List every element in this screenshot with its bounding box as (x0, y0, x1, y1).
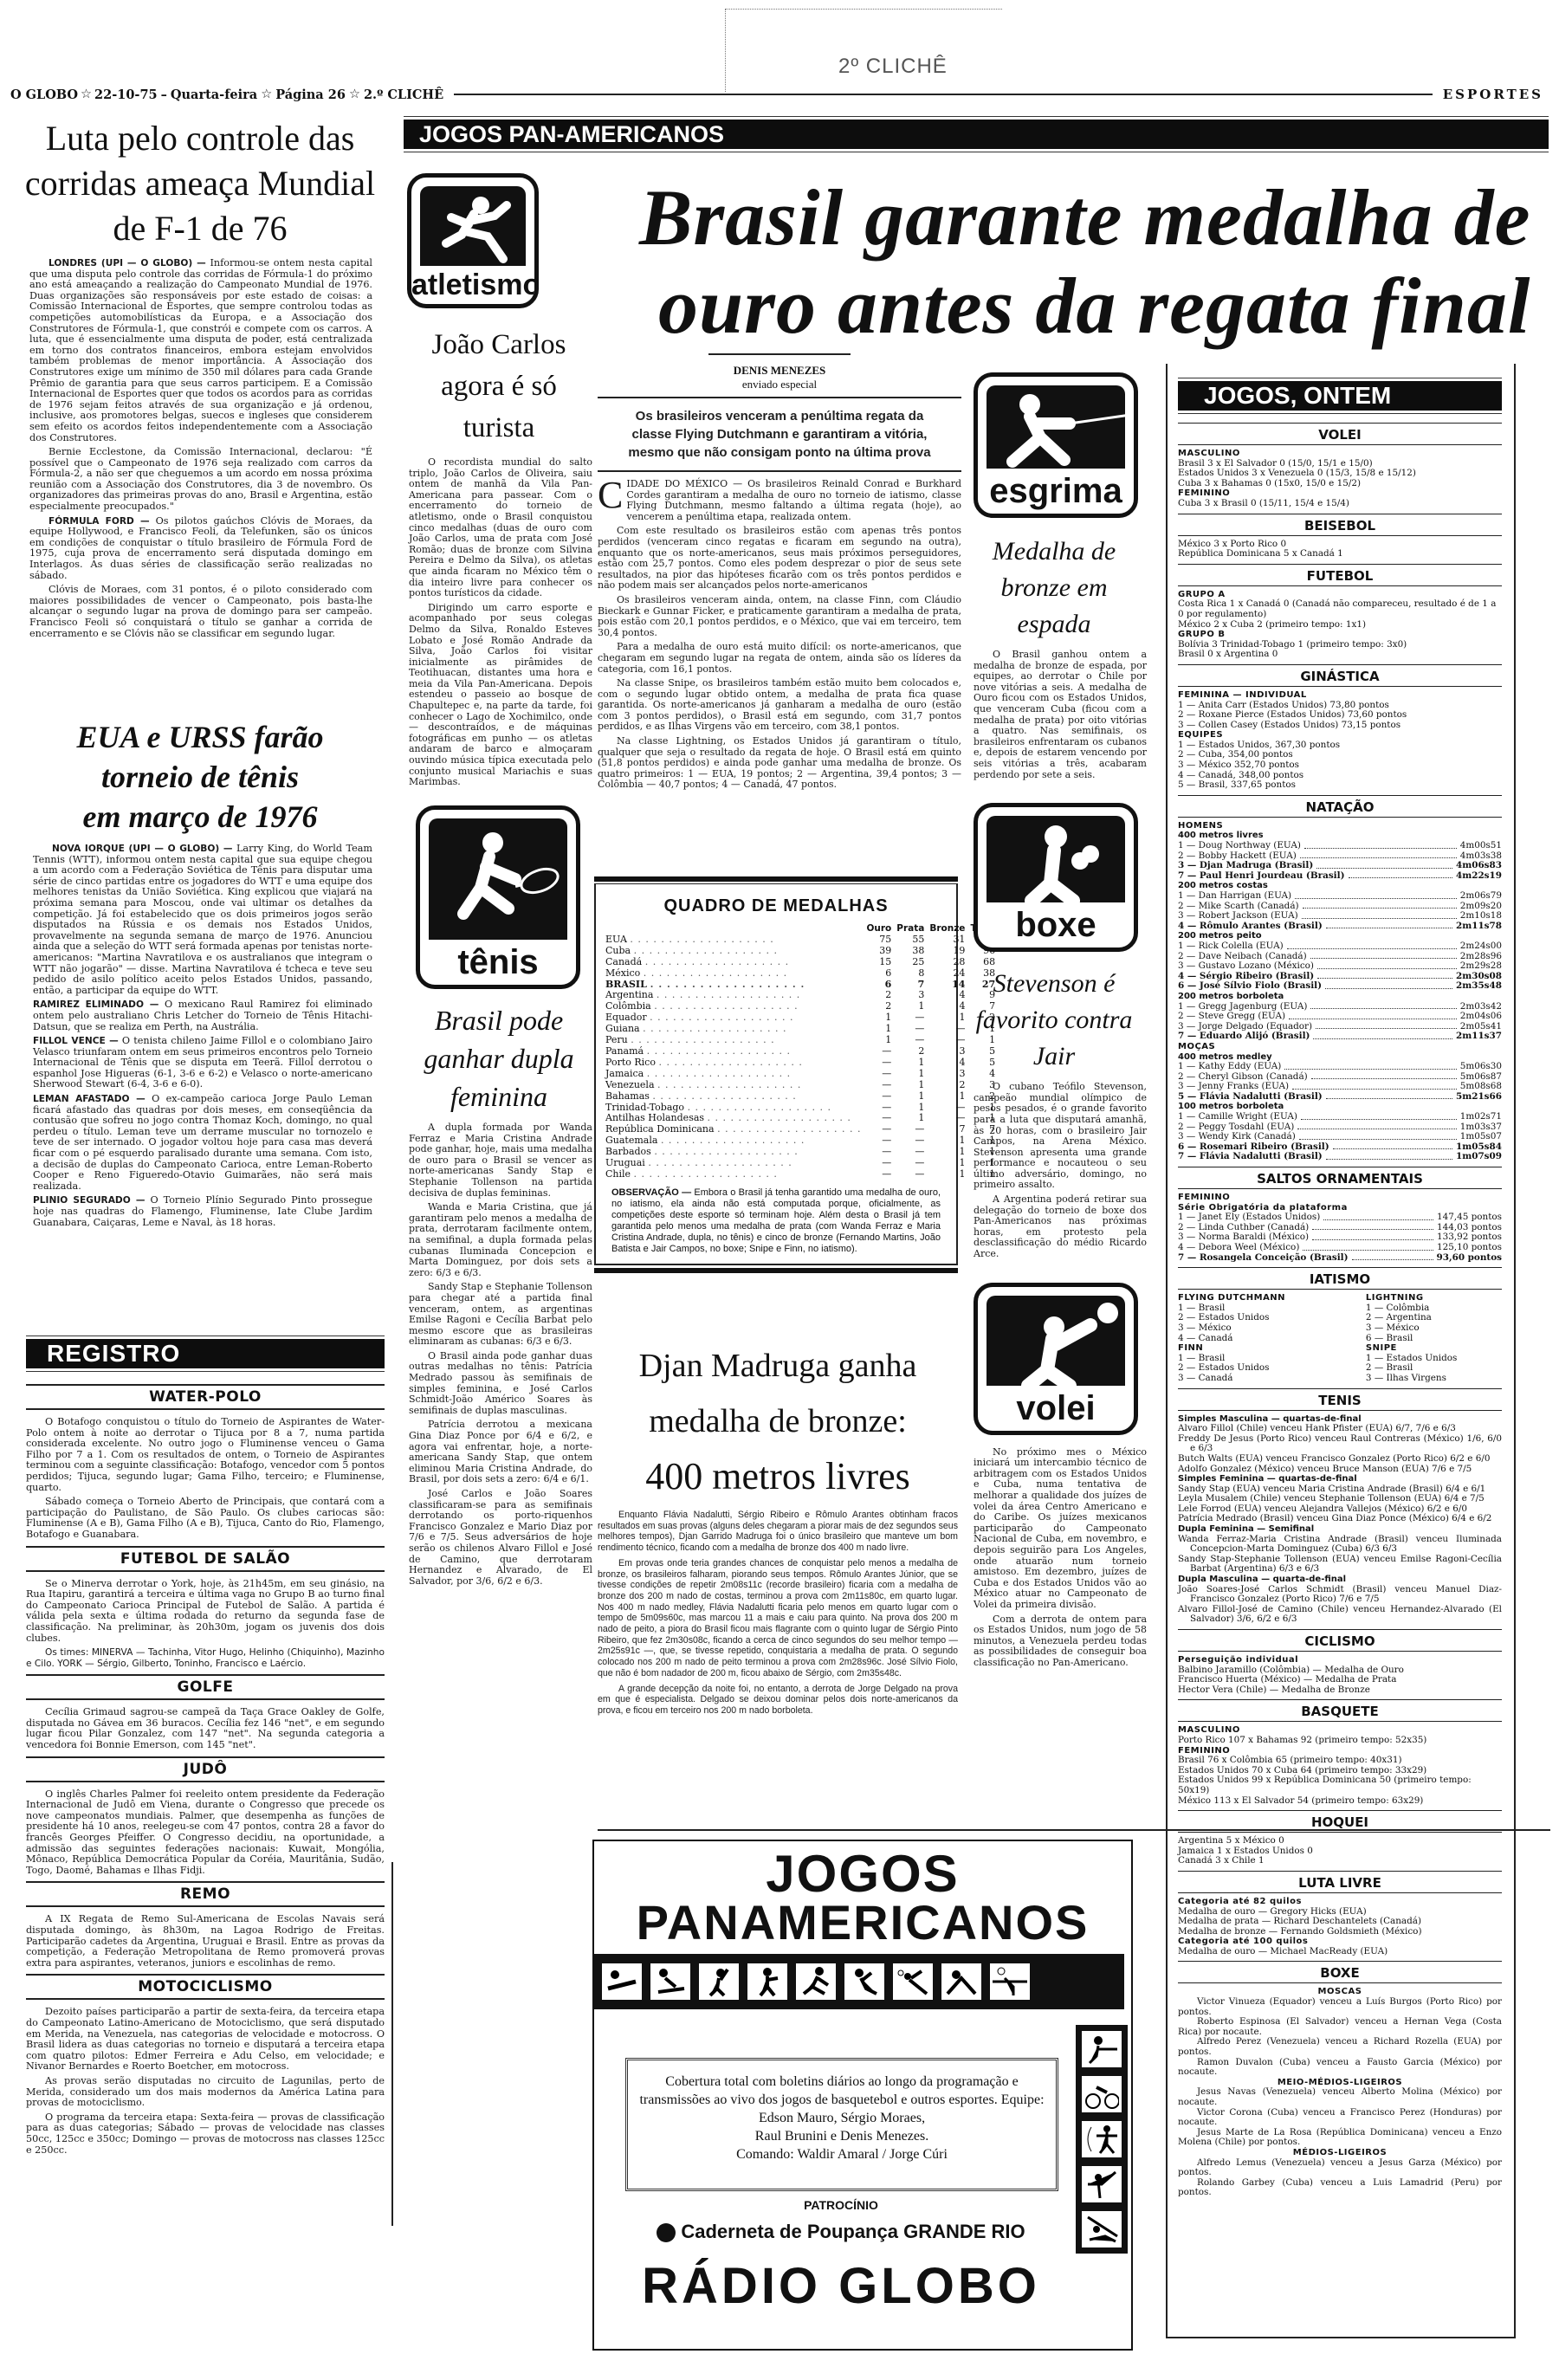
ad-coverage-box: Cobertura total com boletins diários ao … (625, 2058, 1058, 2191)
radio-globo-ad: JOGOS PANAMERICANOS Cobertura total com … (592, 1840, 1133, 2351)
volei-label: volei (978, 1386, 1134, 1431)
deck: Os brasileiros venceram a penúltima rega… (598, 398, 961, 470)
section-remo: REMO (26, 1881, 385, 1907)
medal-row: Chile . . . . . . . . . . . . . . . . . … (603, 1169, 998, 1180)
boxe-headline: Stevenson é favorito contra Jair (958, 952, 1150, 1082)
medal-row: BRASIL . . . . . . . . . . . . . . . . .… (603, 980, 998, 991)
results-beisebol: BEISEBOL (1178, 514, 1502, 536)
saltos-results: FEMININO Série Obrigatória da plataforma… (1178, 1193, 1502, 1263)
medal-row: Uruguai . . . . . . . . . . . . . . . . … (603, 1158, 998, 1169)
side-column: esgrima Medalha de bronze em espada O Br… (958, 372, 1150, 1672)
ad-body-3: Comando: Waldir Amaral / Jorge Cúri (637, 2145, 1047, 2163)
swim-result-row: 1 — Doug Northway (EUA)4m00s51 (1178, 841, 1502, 851)
banner-label: JOGOS PAN-AMERICANOS (404, 120, 1549, 149)
byline-role: enviado especial (598, 378, 961, 391)
ad-sponsor-name: Caderneta de Poupança GRANDE RIO (594, 2221, 1088, 2243)
natacao-results: HOMENS400 metros livres1 — Doug Northway… (1178, 821, 1502, 1162)
pictogram-row (594, 1954, 1124, 2009)
boxing-icon (745, 1961, 790, 2002)
medal-row: Guiana . . . . . . . . . . . . . . . . .… (603, 1024, 998, 1035)
section-judo: JUDÔ (26, 1756, 385, 1782)
results-luta: LUTA LIVRE (1178, 1871, 1502, 1893)
f1-story: Luta pelo controle das corridas ameaça M… (10, 111, 390, 643)
section-motociclismo: MOTOCICLISMO (26, 1974, 385, 2000)
star-icon: ☆ (81, 87, 92, 101)
medal-row: Colômbia . . . . . . . . . . . . . . . .… (603, 1001, 998, 1012)
pan-american-banner: JOGOS PAN-AMERICANOS (404, 116, 1549, 152)
swim-result-row: 4 — Rômulo Arantes (Brasil)2m11s78 (1178, 922, 1502, 932)
tenis-results: Simples Masculina — quartas-de-finalAlva… (1178, 1414, 1502, 1625)
swim-result-row: 7 — Eduardo Alijó (Brasil)2m11s37 (1178, 1032, 1502, 1042)
results-futebol: FUTEBOL (1178, 564, 1502, 586)
section-futebol-salao: FUTEBOL DE SALÃO (26, 1546, 385, 1572)
medal-table-title: QUADRO DE MEDALHAS (603, 896, 949, 916)
medal-row: Argentina . . . . . . . . . . . . . . . … (603, 990, 998, 1001)
medal-row: Bahamas . . . . . . . . . . . . . . . . … (603, 1091, 998, 1103)
medal-row: Cuba . . . . . . . . . . . . . . . . . .… (603, 946, 998, 957)
swim-result-row: 7 — Paul Henri Jourdeau (Brasil)4m22s19 (1178, 871, 1502, 882)
medal-row: Antilhas Holandesas . . . . . . . . . . … (603, 1113, 998, 1124)
main-headline-1: Brasil garante medalha de (615, 173, 1550, 262)
basketball-icon (696, 1961, 741, 2002)
fencing-icon (1079, 2028, 1124, 2070)
swim-result-row: 3 — Gustavo Lozano (México)2m29s28 (1178, 961, 1502, 972)
archery-icon (1079, 2118, 1124, 2160)
swim-result-row: 1 — Dan Harrigan (EUA)2m06s79 (1178, 891, 1502, 902)
results-volei: VOLEI (1178, 423, 1502, 445)
athletics-icon (793, 1961, 838, 2002)
natacao-headline-2: medalha de bronze: (598, 1394, 958, 1449)
section-golfe: GOLFE (26, 1674, 385, 1700)
weekday: Quarta-feira (171, 87, 257, 102)
atletismo-logo: atletismo (407, 173, 539, 308)
byline-name: DENIS MENEZES (598, 364, 961, 378)
masthead: O GLOBO ☆ 22-10-75 – Quarta-feira ☆ Pági… (10, 83, 1543, 106)
results-hoquei: HOQUEI (1178, 1810, 1502, 1833)
handball-icon (842, 1961, 887, 2002)
rowing-icon (648, 1961, 693, 2002)
ad-body-2: Raul Brunini e Denis Menezes. (637, 2127, 1047, 2145)
tenis-label: tênis (420, 940, 576, 985)
ad-station: RÁDIO GLOBO (594, 2257, 1088, 2315)
medal-row: Barbados . . . . . . . . . . . . . . . .… (603, 1147, 998, 1158)
medal-row: Porto Rico . . . . . . . . . . . . . . .… (603, 1057, 998, 1069)
natacao-headline-3: 400 metros livres (598, 1449, 958, 1504)
results-title: JOGOS, ONTEM (1178, 381, 1502, 411)
tennis-story: EUA e URSS farão torneio de tênis em mar… (10, 715, 390, 1232)
esgrima-logo: esgrima (974, 372, 1138, 518)
issue-date: 22-10-75 (94, 87, 158, 102)
clichê-stamp: 2º CLICHÊ (725, 9, 1002, 92)
tennis-body: NOVA IORQUE (UPI — O GLOBO) — Larry King… (10, 844, 390, 1228)
tenis-column: tênis Brasil pode ganhar dupla feminina … (400, 805, 598, 1590)
ad-title-1: JOGOS (594, 1850, 1131, 1898)
boxe-results: MOSCASVictor Vinueza (Equador) venceu a … (1178, 1987, 1502, 2197)
medal-row: Guatemala . . . . . . . . . . . . . . . … (603, 1135, 998, 1147)
results-iatismo: IATISMO (1178, 1267, 1502, 1290)
results-tenis: TENIS (1178, 1388, 1502, 1411)
main-headline-2: ouro antes da regata final (615, 262, 1550, 350)
volleyball-player-icon (987, 1296, 1132, 1386)
star-icon: ☆ (261, 87, 272, 101)
medal-row: Canadá . . . . . . . . . . . . . . . . .… (603, 957, 998, 968)
medal-row: Peru . . . . . . . . . . . . . . . . . .… (603, 1035, 998, 1046)
main-headline: Brasil garante medalha de ouro antes da … (615, 173, 1550, 350)
cycling-icon (1079, 2073, 1124, 2115)
registro-bar: REGISTRO (26, 1339, 385, 1368)
page-number: Página 26 (275, 87, 346, 102)
diving-result-row: 7 — Rosangela Conceição (Brasil)93,60 po… (1178, 1253, 1502, 1264)
medal-note: OBSERVAÇÃO — Embora o Brasil já tenha ga… (603, 1187, 949, 1255)
swim-result-row: 1 — Camille Wright (EUA)1m02s71 (1178, 1112, 1502, 1122)
dropcap: C (598, 479, 626, 512)
medal-row: República Dominicana . . . . . . . . . .… (603, 1124, 998, 1135)
runner-icon (420, 186, 534, 266)
pictogram-column (1076, 2025, 1128, 2254)
medal-row: Venezuela . . . . . . . . . . . . . . . … (603, 1080, 998, 1091)
paper-name: O GLOBO (10, 87, 78, 102)
medal-row: Trinidad-Tobago . . . . . . . . . . . . … (603, 1103, 998, 1114)
fencer-icon (987, 385, 1132, 469)
stamp-text: 2º CLICHÊ (838, 55, 948, 79)
medal-row: Jamaica . . . . . . . . . . . . . . . . … (603, 1069, 998, 1080)
natacao-headline-1: Djan Madruga ganha (598, 1338, 958, 1394)
boxe-label: boxe (978, 902, 1134, 947)
results-ginastica: GINÁSTICA (1178, 664, 1502, 687)
natacao-story: Djan Madruga ganha medalha de bronze: 40… (598, 1338, 958, 1717)
medal-row: Panamá . . . . . . . . . . . . . . . . .… (603, 1046, 998, 1057)
swim-result-row: 1 — Kathy Eddy (EUA)5m06s30 (1178, 1062, 1502, 1072)
f1-headline: Luta pelo controle das corridas ameaça M… (10, 111, 390, 258)
results-natacao: NATAÇÃO (1178, 795, 1502, 818)
water-polo-icon (987, 1961, 1032, 2002)
swim-result-row: 1 — Rick Colella (EUA)2m24s00 (1178, 941, 1502, 952)
boxe-logo: boxe (974, 803, 1138, 952)
ad-title-2: PANAMERICANOS (594, 1898, 1131, 1947)
tenis-logo: tênis (416, 805, 580, 989)
judo-icon (939, 1961, 984, 2002)
tennis-headline-1: EUA e URSS farão (10, 717, 390, 757)
volei-logo: volei (974, 1283, 1138, 1435)
results-boxe: BOXE (1178, 1961, 1502, 1983)
f1-body: LONDRES (UPI — O GLOBO) — Informou-se on… (10, 258, 390, 639)
registro: REGISTRO WATER-POLO O Botafogo conquisto… (26, 1336, 385, 2159)
tennis-player-icon (429, 818, 574, 940)
medal-row: EUA . . . . . . . . . . . . . . . . . . … (603, 935, 998, 946)
tennis-headline-2: torneio de tênis (10, 757, 390, 797)
boxer-icon (987, 816, 1132, 902)
results-basquete: BASQUETE (1178, 1699, 1502, 1722)
swim-result-row: 5 — Flávia Nadalutti (Brasil)5m21s66 (1178, 1092, 1502, 1103)
atletismo-column: atletismo João Carlos agora é só turista… (400, 173, 598, 792)
diving-result-row: 4 — Debora Weel (México)125,10 pontos (1178, 1243, 1502, 1253)
results-sidebar: JOGOS, ONTEM VOLEI MASCULINO Brasil 3 x … (1166, 364, 1516, 2338)
atletismo-label: atletismo (411, 266, 534, 304)
swim-result-row: 7 — Flávia Nadalutti (Brasil)1m07s09 (1178, 1152, 1502, 1162)
medal-table-box: QUADRO DE MEDALHAS Ouro Prata Bronze Tot… (594, 876, 958, 1273)
ad-body-1: Cobertura total com boletins diários ao … (637, 2073, 1047, 2127)
section-water-polo: WATER-POLO (26, 1384, 385, 1410)
results-ciclismo: CICLISMO (1178, 1629, 1502, 1652)
medal-table: Ouro Prata Bronze Total EUA . . . . . . … (603, 923, 998, 1180)
volleyball-icon (890, 1961, 935, 2002)
swim-result-row: 6 — José Sílvio Fiolo (Brasil)2m35s48 (1178, 981, 1502, 992)
medal-row: México . . . . . . . . . . . . . . . . .… (603, 968, 998, 980)
ad-sponsor-label: PATROCÍNIO (594, 2198, 1088, 2212)
star-icon: ☆ (349, 87, 360, 101)
globe-icon (657, 2223, 676, 2242)
section-name: ESPORTES (1443, 87, 1543, 102)
atletismo-headline: João Carlos agora é só turista (400, 308, 598, 457)
esgrima-label: esgrima (978, 469, 1134, 514)
main-story: DENIS MENEZES enviado especial Os brasil… (598, 353, 961, 794)
tennis-headline-3: em março de 1976 (10, 797, 390, 837)
tenis-headline: Brasil pode ganhar dupla feminina (400, 989, 598, 1122)
medal-row: Equador . . . . . . . . . . . . . . . . … (603, 1012, 998, 1024)
swim-result-row: 2 — Steve Gregg (EUA)2m04s06 (1178, 1012, 1502, 1022)
esgrima-headline: Medalha de bronze em espada (958, 518, 1150, 650)
swimming-icon (599, 1961, 644, 2002)
results-saltos: SALTOS ORNAMENTAIS (1178, 1167, 1502, 1189)
edition: 2.º CLICHÊ (364, 87, 443, 102)
main-story-body: CIDADE DO MÉXICO — Os brasileiros Reinal… (598, 479, 961, 791)
